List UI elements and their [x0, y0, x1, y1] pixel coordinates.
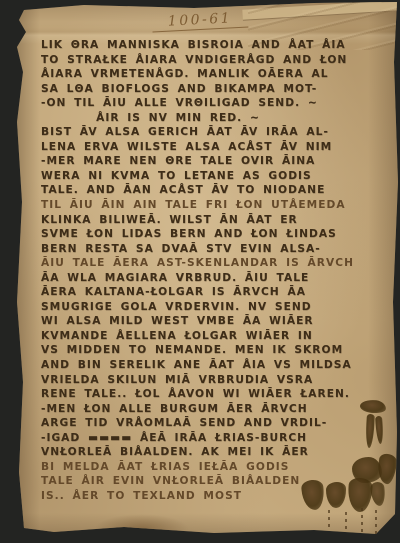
manuscript-line: ĀA WLA MAGIARA VRBRUD. ĀIU TALE	[41, 271, 379, 286]
manuscript-line: VNŁORLEĀ BIÅALDEN. AK MEI IK ĀER	[41, 445, 379, 460]
manuscript-line: TIL ĀIU ĀIN AIN TALE FRI ŁON UTÅEMEDA	[41, 198, 379, 213]
stacked-page-edges-top-right	[242, 0, 400, 21]
manuscript-line: KVMANDE ÅELLENA ŁOLGAR WIĀER IN	[41, 329, 379, 344]
manuscript-line: -IGAD ▬▬▬▬ ÅEĀ IRĀA ŁRIAS-BURCH	[41, 431, 379, 446]
manuscript-line: AND BIN SERELIK ANE ĀAT ÅIA VS MILDSA	[41, 358, 379, 373]
stain-right-edge	[396, 402, 400, 492]
folio-number: 100-61	[152, 10, 249, 33]
manuscript-page: 100-61 LIK ΘRA MANNISKA BISROIA AND ÅAT …	[14, 2, 398, 541]
ink-drip-trail	[361, 508, 363, 536]
ink-blot-cluster-mid	[376, 453, 398, 485]
manuscript-line: WERA NI KVMA TO LETANE AS GODIS	[41, 169, 379, 184]
manuscript-line: SVME ŁON LIDAS BERN AND ŁON ŁINDAS	[41, 227, 379, 242]
manuscript-line: IS.. ÅER TO TEXLAND MOST	[41, 489, 379, 504]
manuscript-line: ĀERA KALTANA-ŁOLGAR IS ĀRVCH ĀA	[41, 285, 379, 300]
manuscript-line: BERN RESTA SA DVAĀ STV EVIN ALSA-	[41, 242, 379, 257]
manuscript-line: -MER MARE NEN ΘRE TALE OVIR ĀINA	[41, 154, 379, 169]
manuscript-line: SMUGRIGE GOLA VRDERVIN. NV SEND	[41, 300, 379, 315]
manuscript-line: LIK ΘRA MANNISKA BISROIA AND ÅAT ÅIA	[41, 38, 379, 53]
manuscript-text: LIK ΘRA MANNISKA BISROIA AND ÅAT ÅIATO S…	[41, 38, 379, 504]
stain-bottom-center	[94, 514, 189, 543]
manuscript-line: SA LΘA BIOFLOGS AND BIKAMPA MOT-	[41, 82, 379, 97]
manuscript-line: -ON TIL ĀIU ALLE VRΘILIGAD SEND. ~	[41, 96, 379, 111]
manuscript-line: RENE TALE.. ŁOL ÅAVON WI WIĀER ŁAREN.	[41, 387, 379, 402]
manuscript-line: ÅIR IS NV MIN RED. ~	[41, 111, 379, 126]
manuscript-line: WI ALSA MILD WEST VMBE ĀA WIĀER	[41, 314, 379, 329]
manuscript-line: BIST ĀV ALSA GERICH ĀAT ĀV IRĀA AL-	[41, 125, 379, 140]
manuscript-line: TO STRAŁKE ÅIARA VNDIGERÅGD AND ŁON	[41, 53, 379, 68]
manuscript-line: -MEN ŁON ALLE BURGUM ĀER ĀRVCH	[41, 402, 379, 417]
ink-drip-trail	[375, 510, 377, 534]
manuscript-line: VRIELDA SKILUN MIĀ VRBRUDIA VSRA	[41, 373, 379, 388]
ink-drip-trail	[328, 510, 330, 536]
manuscript-line: KLINKA BILIWEĀ. WILST ĀN ĀAT ER	[41, 213, 379, 228]
manuscript-line: ĀIU TALE ĀERA AST-SKENLANDAR IS ĀRVCH	[41, 256, 379, 271]
manuscript-line: ÅIARA VRMETENÅGD. MANLIK OĀERA AL	[41, 67, 379, 82]
manuscript-line: BI MELDA ĀAT ŁRIAS IEŁĀA GODIS	[41, 460, 379, 475]
manuscript-line: LENA ERVA WILSTE ALSA ACÅST ĀV NIM	[41, 140, 379, 155]
manuscript-line: VS MIDDEN TO NEMANDE. MEN IK SKROM	[41, 343, 379, 358]
manuscript-line: ARGE TID VRÅOMLAĀ SEND AND VRDIL-	[41, 416, 379, 431]
ink-drip-trail	[345, 512, 347, 536]
manuscript-line: TALE. AND ĀAN ACÅST ĀV TO NIODANE	[41, 183, 379, 198]
manuscript-line: TALE ÅIR EVIN VNŁORLEĀ BIÅALDEN	[41, 474, 379, 489]
